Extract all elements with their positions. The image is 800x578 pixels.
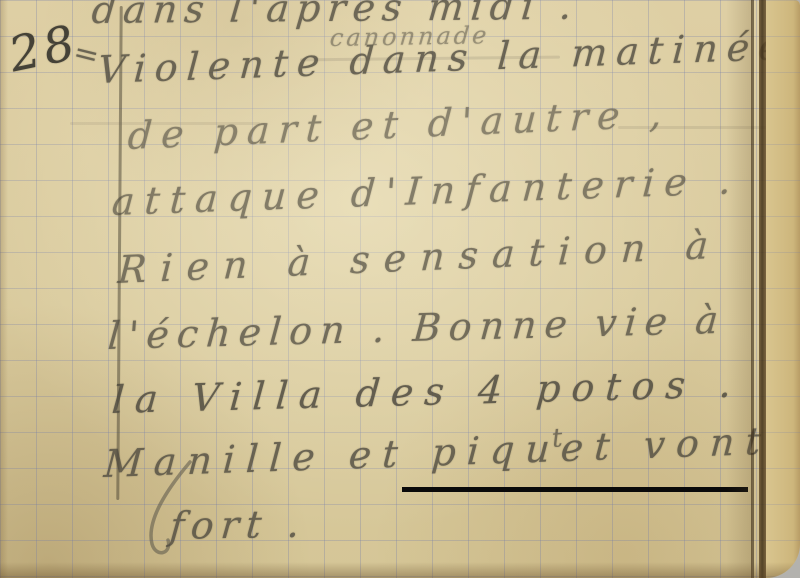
handwriting-line: de part et d'autre , [127,91,673,158]
handwriting-line: la Villa des 4 potos . [110,361,744,422]
notebook-page: 28 = dans l'après midi . canonnade Viole… [0,0,800,578]
underline-annotation [402,487,748,492]
left-edge-shadow [0,0,8,578]
handwriting-line: attaque d'Infanterie . [110,158,742,224]
bottom-edge-shadow [0,562,800,578]
margin-date: 28 [4,14,83,83]
handwriting-line: Rien à sensation à [117,223,724,292]
page-crease-line [751,0,754,578]
handwriting-line: l'échelon . Bonne vie à [106,298,728,358]
page-edge-strip [766,0,800,578]
notebook-scan: 28 = dans l'après midi . canonnade Viole… [0,0,800,578]
handwriting-line: fort . [168,502,308,548]
page-edge-crease [759,0,766,578]
page-edge-shadow [726,0,752,578]
